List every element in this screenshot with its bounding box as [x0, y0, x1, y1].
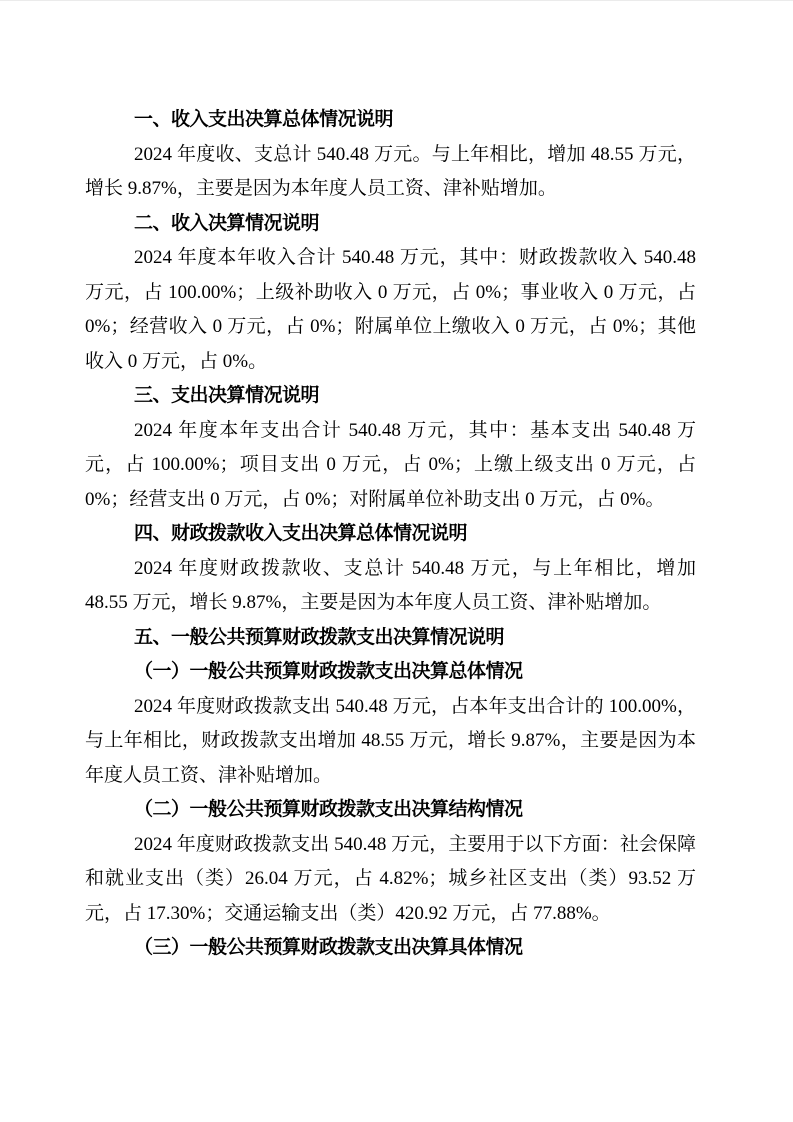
heading-sub-3-general-budget-details: （三）一般公共预算财政拨款支出决算具体情况 [85, 931, 696, 966]
paragraph-income-expense-overview: 2024 年度收、支总计 540.48 万元。与上年相比，增加 48.55 万元… [85, 138, 696, 207]
heading-section-3-expense-final-accounts: 三、支出决算情况说明 [85, 379, 696, 414]
heading-sub-1-general-budget-overall: （一）一般公共预算财政拨款支出决算总体情况 [85, 655, 696, 690]
heading-section-5-general-budget-expense: 五、一般公共预算财政拨款支出决算情况说明 [85, 621, 696, 656]
heading-section-2-income-final-accounts: 二、收入决算情况说明 [85, 207, 696, 242]
document-page: 一、收入支出决算总体情况说明 2024 年度收、支总计 540.48 万元。与上… [0, 0, 793, 1122]
heading-sub-2-general-budget-structure: （二）一般公共预算财政拨款支出决算结构情况 [85, 793, 696, 828]
paragraph-expense-final-accounts: 2024 年度本年支出合计 540.48 万元，其中：基本支出 540.48 万… [85, 414, 696, 518]
heading-section-1-income-expense-overview: 一、收入支出决算总体情况说明 [85, 103, 696, 138]
paragraph-general-budget-structure: 2024 年度财政拨款支出 540.48 万元，主要用于以下方面：社会保障和就业… [85, 828, 696, 932]
paragraph-general-budget-overall: 2024 年度财政拨款支出 540.48 万元，占本年支出合计的 100.00%… [85, 690, 696, 794]
paragraph-income-final-accounts: 2024 年度本年收入合计 540.48 万元，其中：财政拨款收入 540.48… [85, 241, 696, 379]
heading-section-4-fiscal-appropriation-overview: 四、财政拨款收入支出决算总体情况说明 [85, 517, 696, 552]
paragraph-fiscal-appropriation-overview: 2024 年度财政拨款收、支总计 540.48 万元，与上年相比，增加 48.5… [85, 552, 696, 621]
